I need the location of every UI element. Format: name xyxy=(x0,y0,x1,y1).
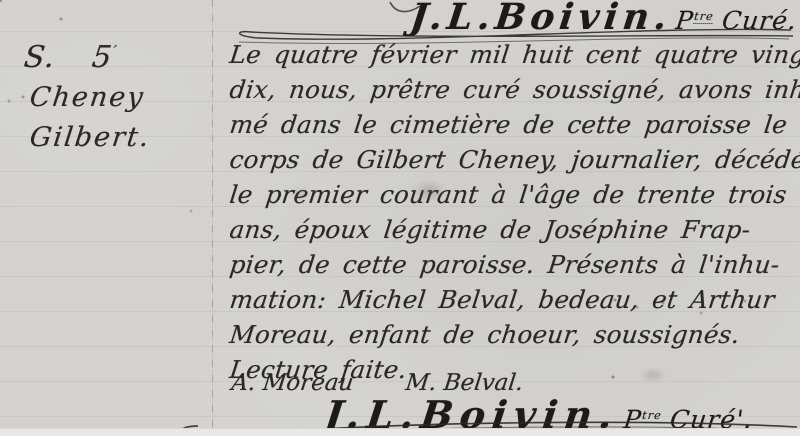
act-line: mé dans le cimetière de cette paroisse l… xyxy=(228,110,794,145)
parish-register-scan: S. 5′ Cheney Gilbert. J.L.Boivin. Ptre C… xyxy=(0,0,800,436)
top-signature-title: Ptre Curé. xyxy=(674,6,799,35)
paper-specks xyxy=(0,0,2,2)
act-line: ans, époux légitime de Joséphine Frap- xyxy=(228,215,794,250)
act-line: pier, de cette paroisse. Présents à l'in… xyxy=(228,250,794,285)
top-priest-signature: J.L.Boivin. Ptre Curé. xyxy=(408,0,795,38)
margin-given-name: Gilbert. xyxy=(28,122,148,153)
margin-surname: Cheney xyxy=(28,82,143,113)
entry-code-mark: ′ xyxy=(112,42,119,60)
act-line: mation: Michel Belval, bedeau, et Arthur xyxy=(228,285,794,320)
top-signature-name: J.L.Boivin. xyxy=(408,0,674,38)
entry-code-letter: S. xyxy=(22,40,57,75)
act-line: dix, nous, prêtre curé soussigné, avons … xyxy=(228,75,794,110)
act-line: Moreau, enfant de choeur, soussignés. xyxy=(228,320,794,355)
scan-bottom-edge xyxy=(0,428,800,436)
act-text: Le quatre février mil huit cent quatre v… xyxy=(228,40,794,390)
entry-code-number: 5′ xyxy=(90,40,119,75)
margin-divider-line xyxy=(212,0,213,436)
act-line: le premier courant à l'âge de trente tro… xyxy=(228,180,794,215)
act-line: Le quatre février mil huit cent quatre v… xyxy=(228,40,794,75)
act-line: corps de Gilbert Cheney, journalier, déc… xyxy=(228,145,794,180)
entry-code: S. 5′ xyxy=(22,40,53,75)
